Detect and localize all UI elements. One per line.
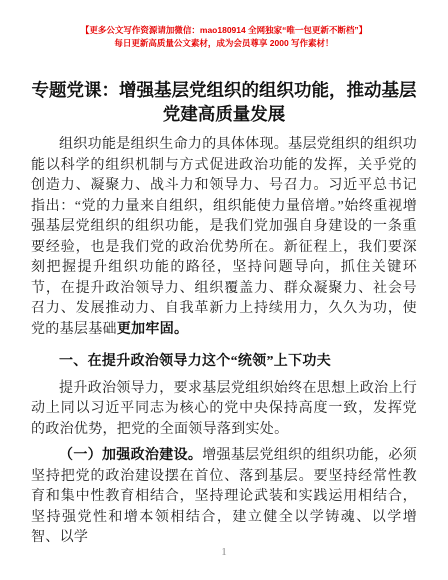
page-number: 1 <box>0 546 448 558</box>
watermark-banner: 【更多公文写作资源请加微信：mao180914 全网独家“唯一包更新不断档”】 … <box>31 24 417 50</box>
paragraph-intro: 组织功能是组织生命力的具体体现。基层党组织的组织功能以科学的组织机制与方式促进政… <box>31 135 417 340</box>
document-title: 专题党课：增强基层党组织的组织功能，推动基层党建高质量发展 <box>31 78 417 126</box>
paragraph-2: 提升政治领导力，要求基层党组织始终在思想上政治上行动上同以习近平同志为核心的党中… <box>31 379 417 441</box>
paragraph-intro-text: 组织功能是组织生命力的具体体现。基层党组织的组织功能以科学的组织机制与方式促进政… <box>31 137 417 337</box>
watermark-line-1: 【更多公文写作资源请加微信：mao180914 全网独家“唯一包更新不断档”】 <box>31 24 417 37</box>
paragraph-3-bold-lead: （一）加强政治建设。 <box>59 448 202 463</box>
document-page: 【更多公文写作资源请加微信：mao180914 全网独家“唯一包更新不断档”】 … <box>0 0 448 580</box>
paragraph-3: （一）加强政治建设。增强基层党组织的组织功能，必须坚持把党的政治建设摆在首位、落… <box>31 446 417 549</box>
paragraph-intro-bold-tail: 更加牢固。 <box>117 322 189 337</box>
watermark-line-2: 每日更新高质量公文素材，成为会员尊享 2000 写作素材！ <box>31 37 417 50</box>
section-heading-1: 一、在提升政治领导力这个“统领”上下功夫 <box>31 352 417 373</box>
